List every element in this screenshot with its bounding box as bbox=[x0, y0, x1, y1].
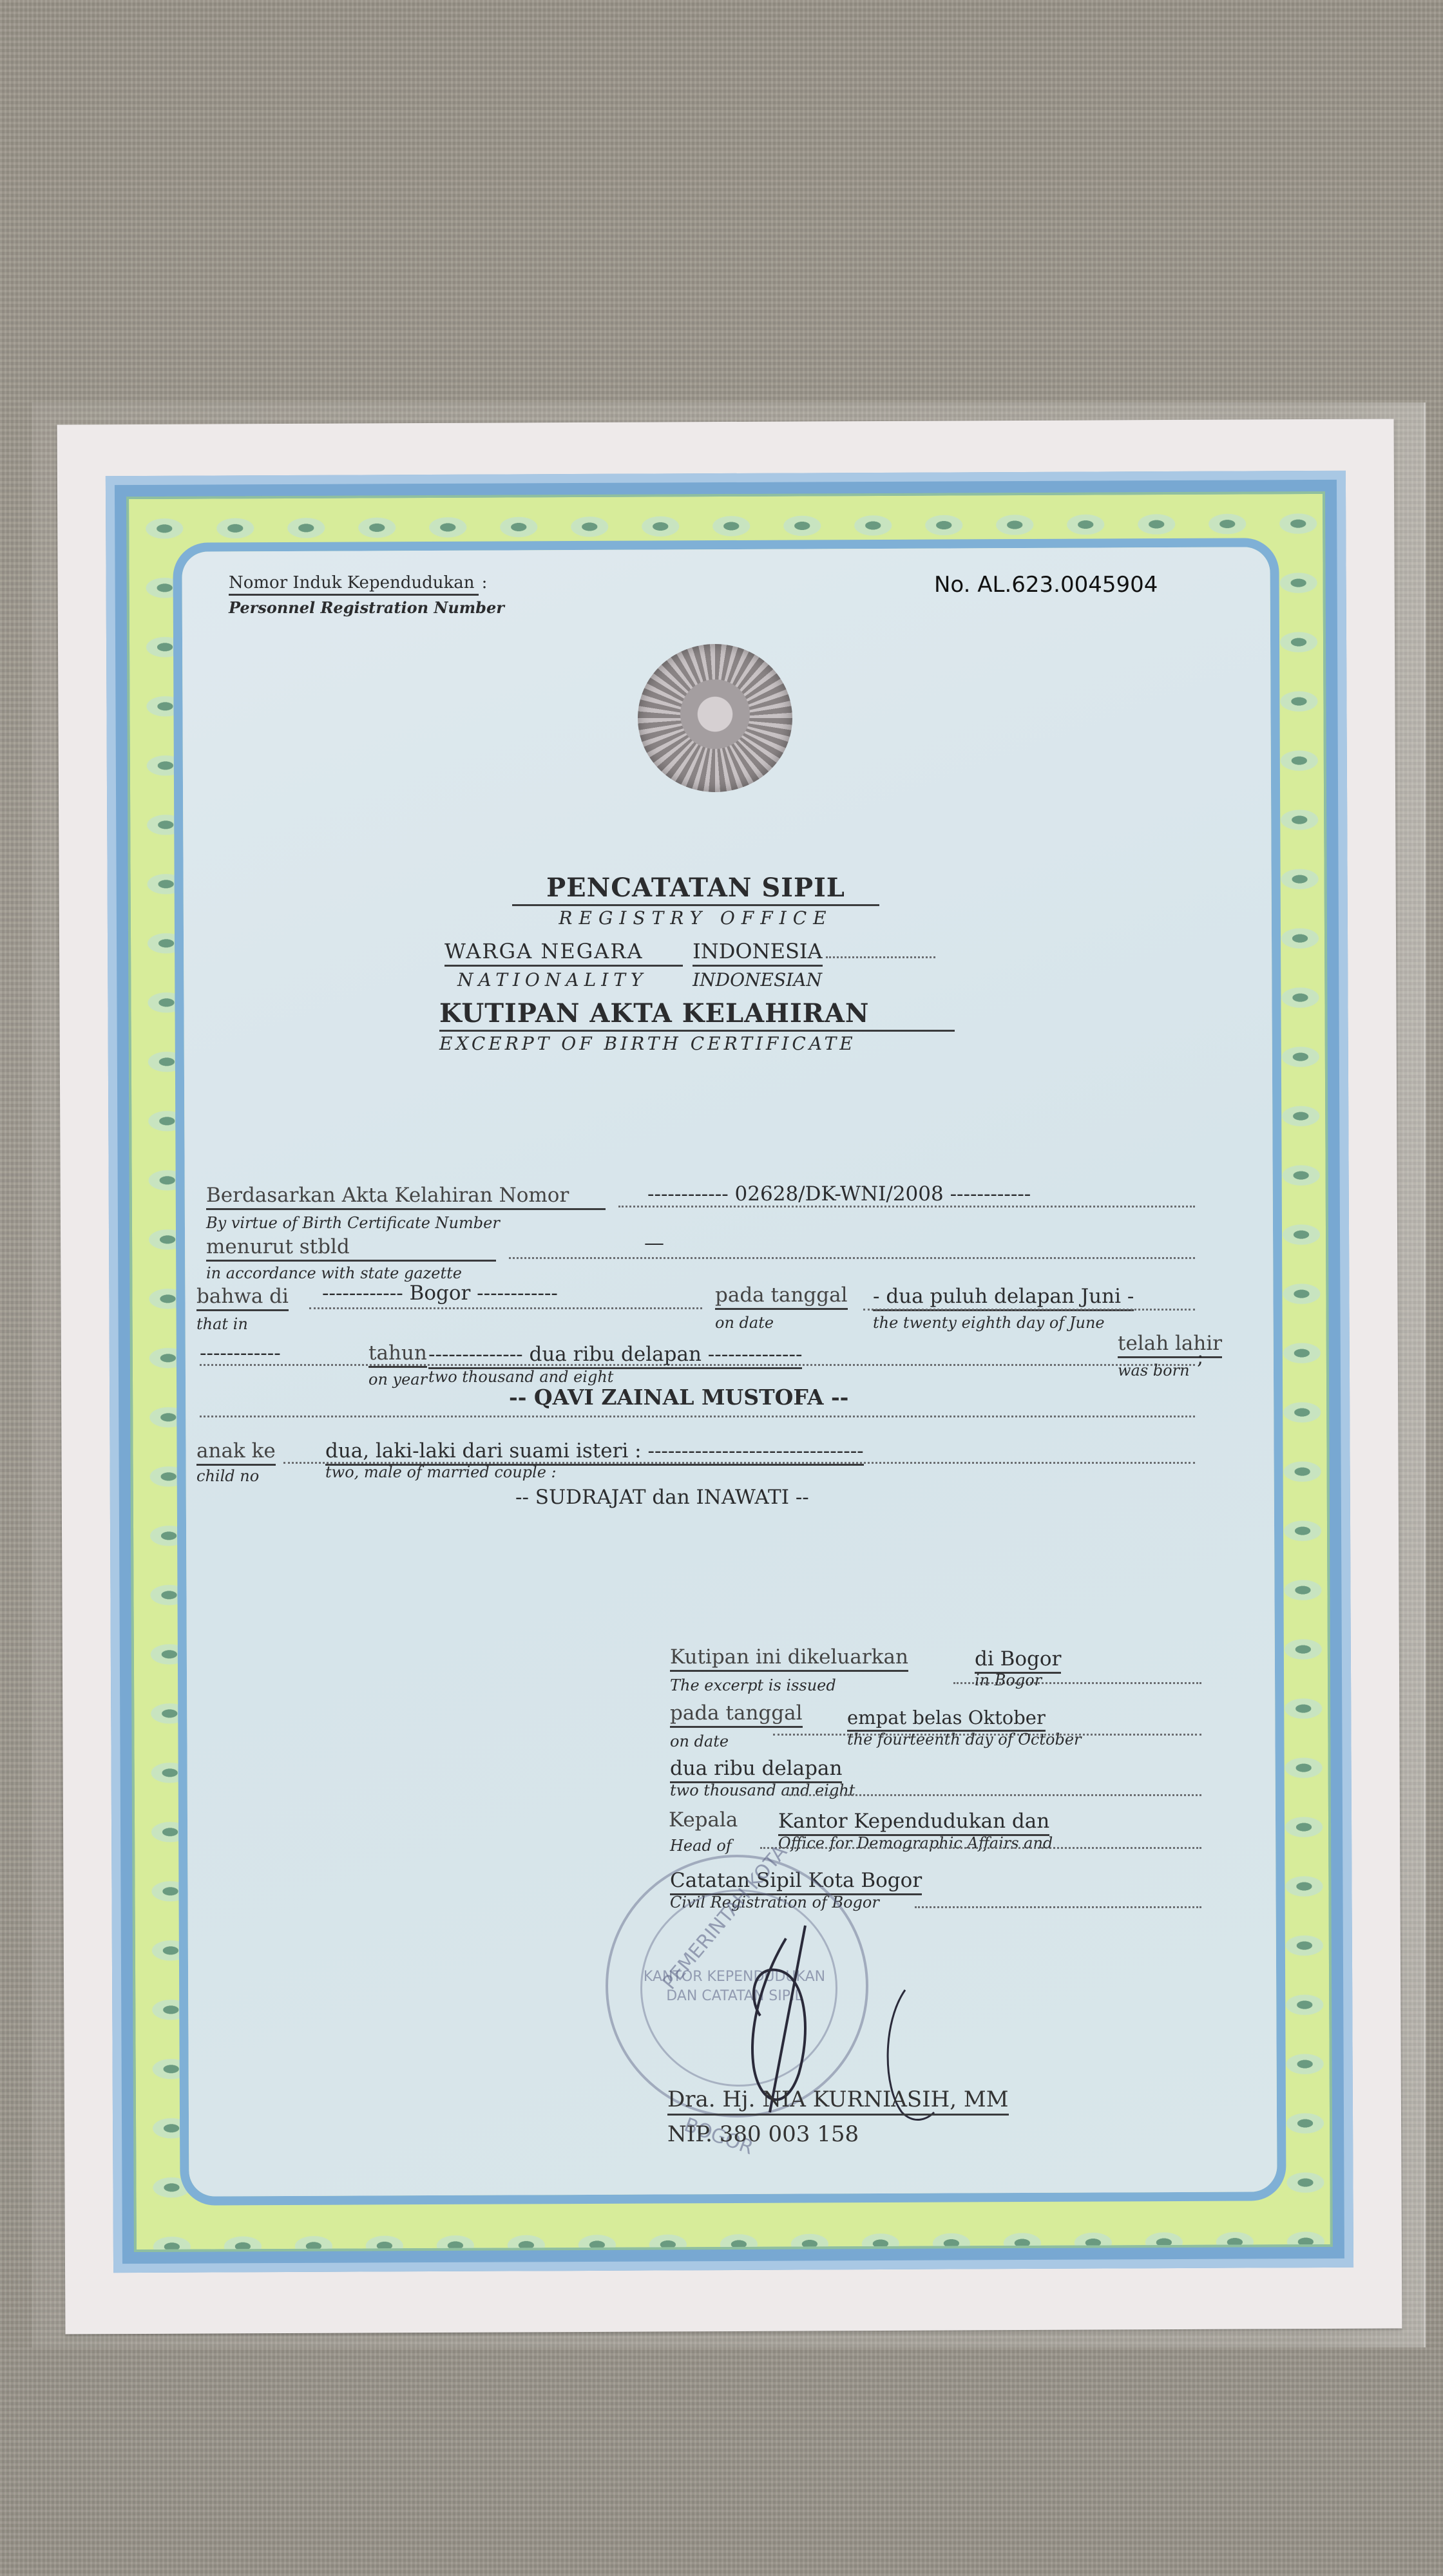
doc-title: KUTIPAN AKTA KELAHIRAN bbox=[439, 998, 955, 1032]
office-line1-en: Office for Demographic Affairs and bbox=[778, 1834, 1053, 1852]
issue-year-value: dua ribu delapan bbox=[670, 1757, 842, 1783]
nik-label-en: Personnel Registration Number bbox=[229, 598, 504, 617]
place-value: ------------ Bogor ------------ bbox=[322, 1282, 558, 1305]
issue-year-value-en: two thousand and eight bbox=[670, 1781, 855, 1799]
issued-place: di Bogor bbox=[975, 1647, 1061, 1674]
nationality-value-en: INDONESIAN bbox=[693, 969, 822, 990]
child-no-label-en: child no bbox=[196, 1467, 259, 1485]
year-label: tahun bbox=[368, 1341, 427, 1368]
doc-title-en: EXCERPT OF BIRTH CERTIFICATE bbox=[439, 1033, 955, 1054]
issue-date-label-en: on date bbox=[670, 1732, 729, 1750]
stbld-label-en: in accordance with state gazette bbox=[206, 1264, 462, 1282]
nationality-value: INDONESIA bbox=[693, 939, 823, 967]
serial-number: No. AL.623.0045904 bbox=[934, 572, 1158, 598]
issue-date-value: empat belas Oktober bbox=[847, 1707, 1046, 1732]
issued-place-en: in Bogor bbox=[975, 1671, 1042, 1689]
issue-year-dots bbox=[789, 1794, 1201, 1796]
stbld-label: menurut stbld bbox=[206, 1235, 496, 1262]
child-no-label: anak ke bbox=[196, 1439, 276, 1466]
birth-date-label: pada tanggal bbox=[715, 1283, 848, 1310]
garuda-emblem-icon bbox=[638, 644, 792, 792]
nik-colon: : bbox=[482, 573, 488, 592]
office-line1-dots bbox=[760, 1847, 1201, 1849]
document-title: KUTIPAN AKTA KELAHIRAN EXCERPT OF BIRTH … bbox=[439, 998, 955, 1054]
year-prefix: ------------ bbox=[200, 1341, 281, 1365]
birth-date-dots bbox=[863, 1309, 1195, 1311]
year-value-en: two thousand and eight bbox=[428, 1368, 613, 1386]
birth-date-label-en: on date bbox=[715, 1314, 774, 1332]
born-colon: ; bbox=[1197, 1346, 1203, 1369]
child-no-value: dua, laki-laki dari suami isteri : -----… bbox=[325, 1439, 864, 1466]
head-label: Kepala bbox=[669, 1808, 738, 1832]
stbld-dots bbox=[509, 1257, 1195, 1259]
issued-label-en: The excerpt is issued bbox=[670, 1676, 836, 1694]
title-office: PENCATATAN SIPIL REGISTRY OFFICE bbox=[512, 873, 879, 929]
cert-number-dots bbox=[618, 1206, 1195, 1207]
parents-names: -- SUDRAJAT dan INAWATI -- bbox=[515, 1486, 809, 1509]
stbld-value: — bbox=[644, 1231, 664, 1255]
place-label-en: that in bbox=[196, 1315, 248, 1333]
issue-date-label: pada tanggal bbox=[670, 1701, 803, 1728]
nationality-dots bbox=[826, 956, 935, 958]
place-dots bbox=[309, 1307, 702, 1309]
year-label-en: on year bbox=[368, 1370, 427, 1388]
cert-number-label: Berdasarkan Akta Kelahiran Nomor bbox=[206, 1184, 606, 1210]
signatory-name: Dra. Hj. NIA KURNIASIH, MM bbox=[667, 2087, 1009, 2116]
birth-date-value-en: the twenty eighth day of June bbox=[873, 1314, 1105, 1332]
nationality-row: WARGA NEGARA INDONESIA NATIONALITY INDON… bbox=[444, 939, 935, 990]
office-line2-dots bbox=[915, 1906, 1201, 1908]
head-label-en: Head of bbox=[670, 1837, 732, 1855]
cert-number-label-en: By virtue of Birth Certificate Number bbox=[206, 1214, 500, 1232]
nationality-label: WARGA NEGARA bbox=[444, 939, 683, 967]
office-title-en: REGISTRY OFFICE bbox=[512, 907, 879, 929]
issued-label: Kutipan ini dikeluarkan bbox=[670, 1645, 908, 1672]
child-name-dots bbox=[200, 1416, 1195, 1417]
office-line1: Kantor Kependudukan dan bbox=[778, 1810, 1049, 1836]
child-name: -- QAVI ZAINAL MUSTOFA -- bbox=[509, 1385, 848, 1410]
nationality-label-en: NATIONALITY bbox=[444, 969, 683, 990]
nik-label: Nomor Induk Kependudukan bbox=[229, 573, 479, 596]
signatory-nip: NIP. 380 003 158 bbox=[667, 2121, 859, 2147]
office-title: PENCATATAN SIPIL bbox=[512, 873, 879, 906]
born-label-en: was born bbox=[1118, 1361, 1190, 1379]
issue-date-value-en: the fourteenth day of October bbox=[847, 1730, 1082, 1748]
born-label: telah lahir bbox=[1118, 1332, 1222, 1358]
year-value: -------------- dua ribu delapan --------… bbox=[428, 1343, 802, 1369]
child-no-value-en: two, male of married couple : bbox=[325, 1463, 557, 1481]
birth-date-value: - dua puluh delapan Juni - bbox=[873, 1285, 1134, 1311]
cert-number-value: ------------ 02628/DK-WNI/2008 ---------… bbox=[647, 1182, 1031, 1206]
place-label: bahwa di bbox=[196, 1285, 289, 1311]
nik-label-block: Nomor Induk Kependudukan : Personnel Reg… bbox=[229, 573, 504, 617]
